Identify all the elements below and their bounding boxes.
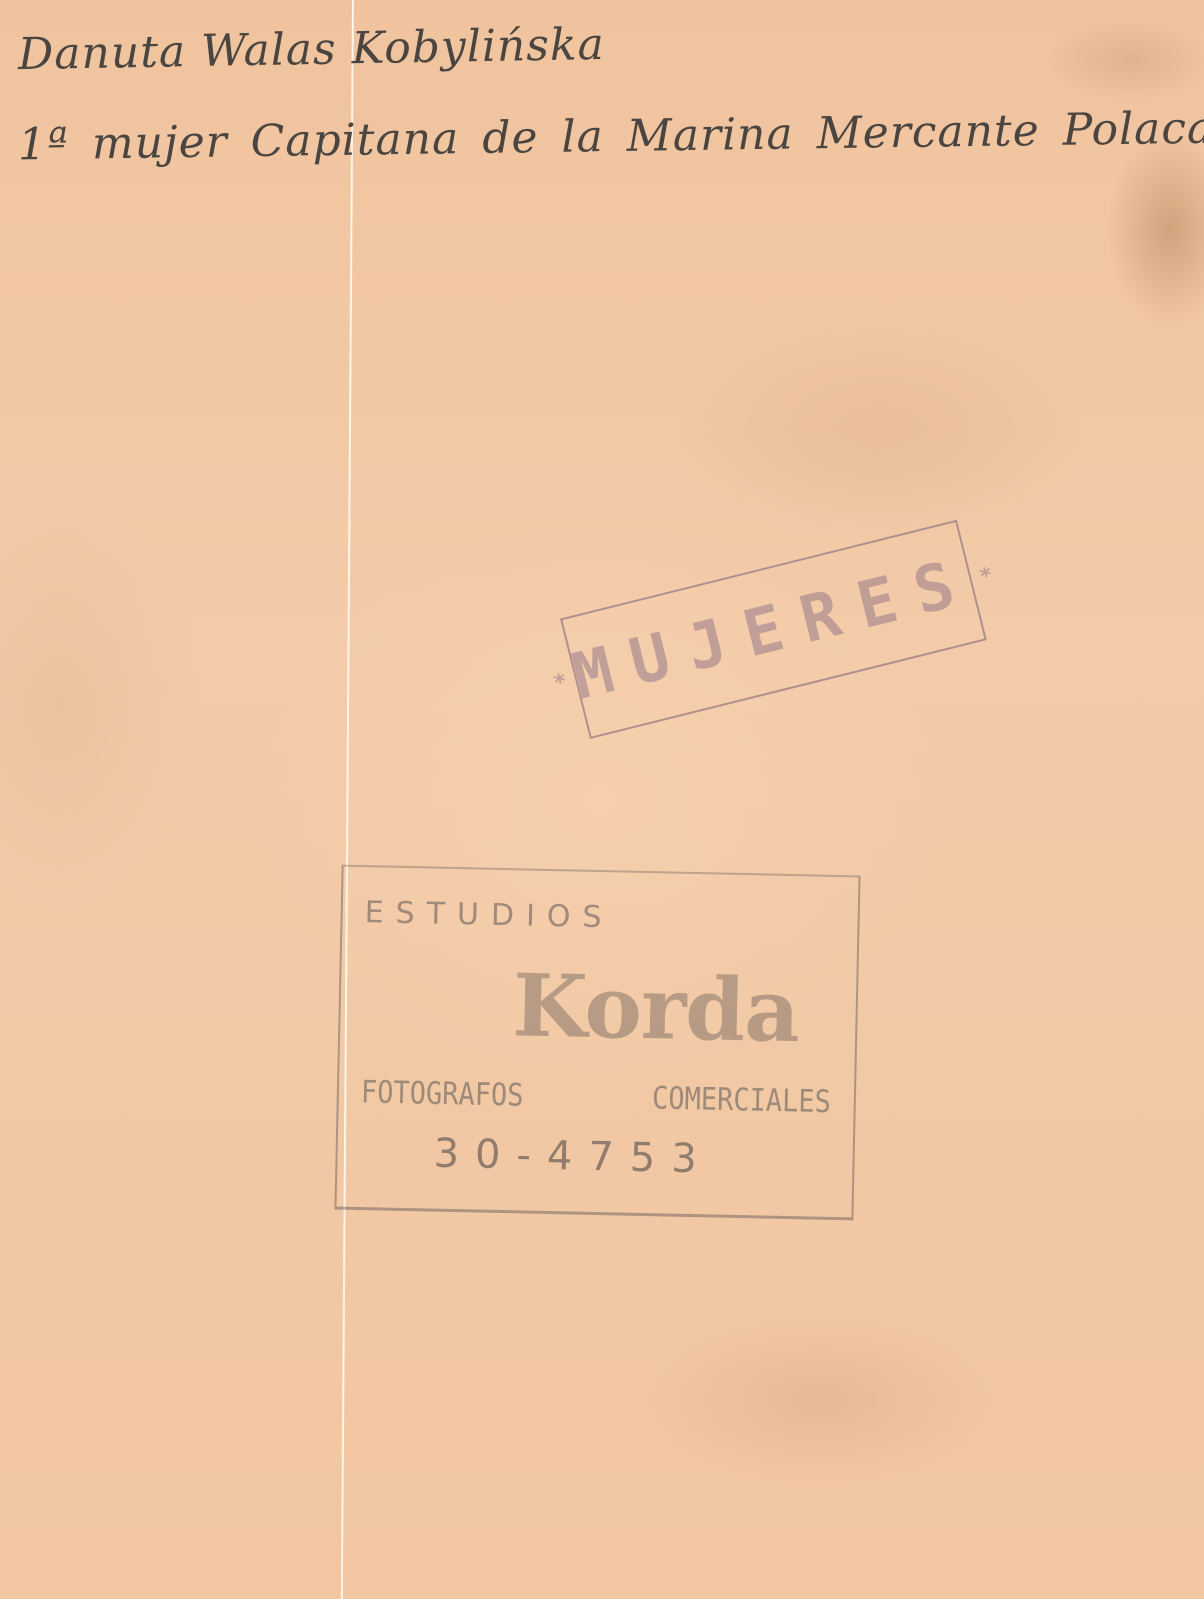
handwritten-name: Danuta Walas Kobylińska xyxy=(18,23,605,77)
stamp-subtitle-right: COMERCIALES xyxy=(652,1081,832,1120)
stamp-studio-header: ESTUDIOS xyxy=(364,895,614,935)
stamp-studio-name: Korda xyxy=(512,955,800,1062)
studio-korda-stamp: ESTUDIOS Korda FOTOGRAFOS COMERCIALES 30… xyxy=(334,865,860,1221)
aged-paper-background xyxy=(0,0,1204,1599)
stamp-studio-subtitle: FOTOGRAFOS COMERCIALES xyxy=(361,1075,832,1120)
stamp-subtitle-left: FOTOGRAFOS xyxy=(361,1075,524,1114)
stamp-phone-number: 30-4753 xyxy=(433,1131,713,1183)
